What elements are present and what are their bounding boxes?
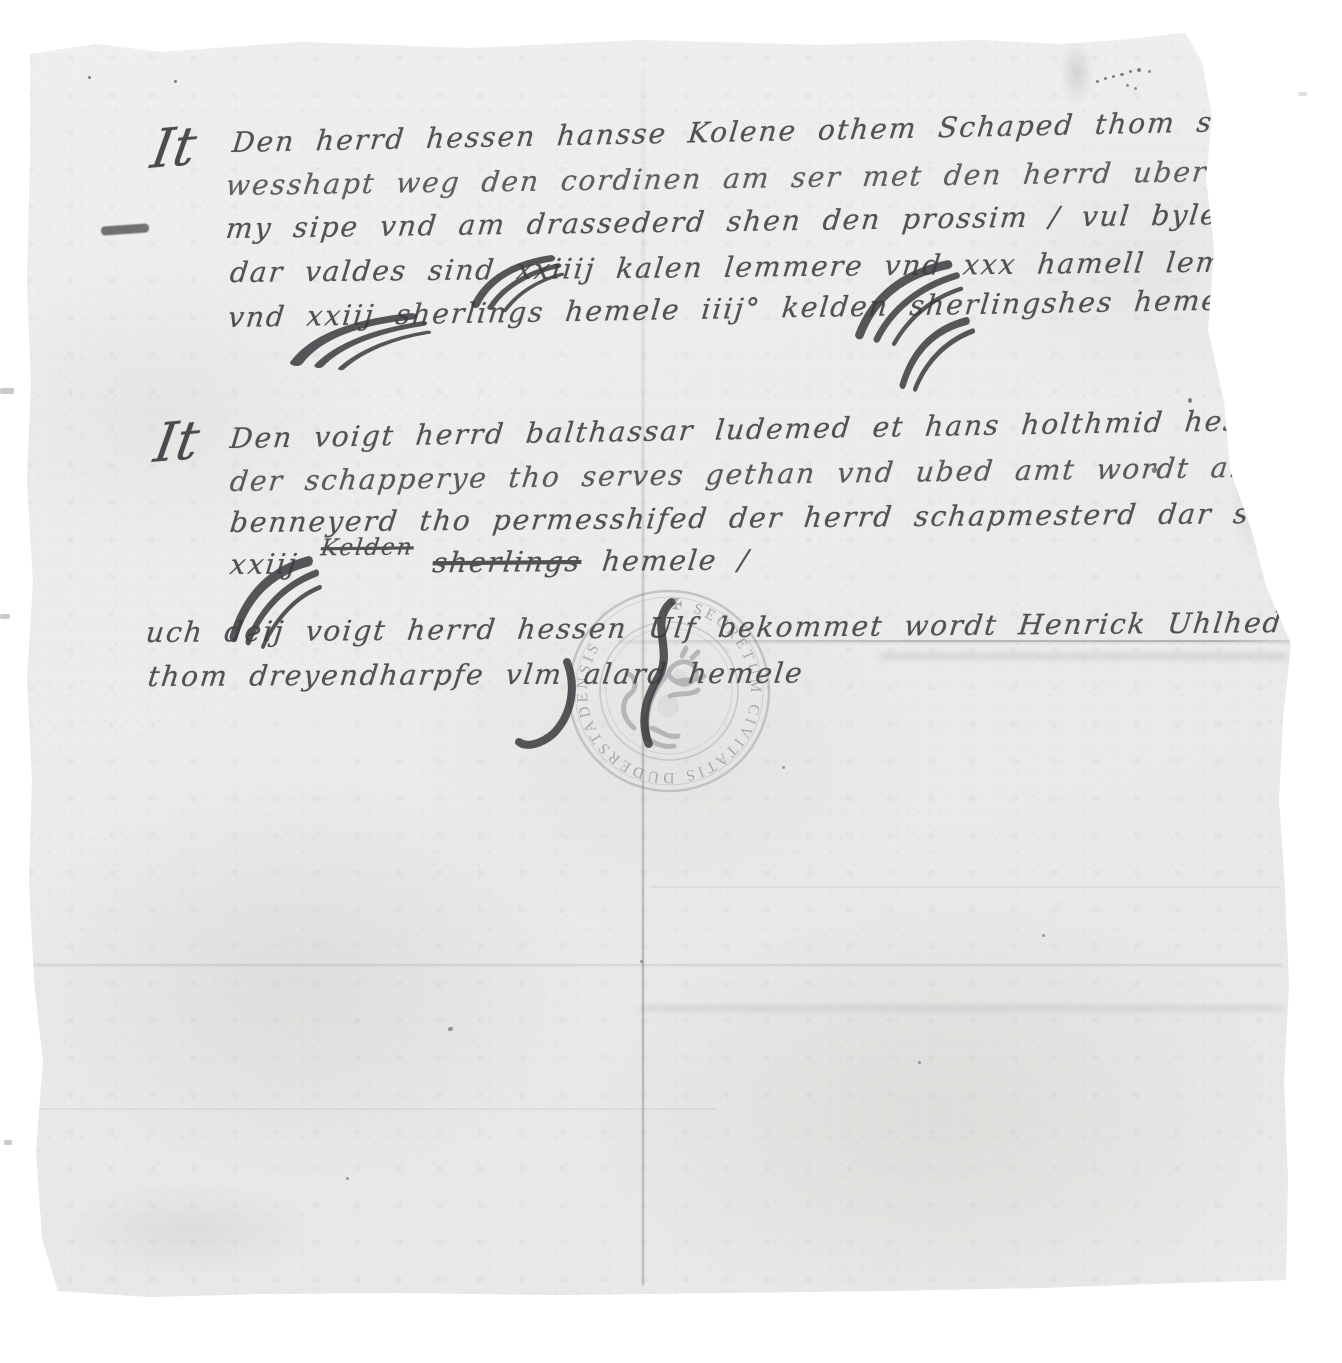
paragraph-marker: It — [147, 114, 201, 181]
handwriting-line-p1-l1: Den herrd hessen hansse Kolene othem Sch… — [231, 105, 1249, 159]
paper-sheet: ✠ SECRETUM CIVITATIS DUDERSTADENSIS — [0, 0, 1342, 1363]
ink-speck — [346, 1177, 349, 1180]
numeral-text: xxiij — [228, 547, 300, 581]
fold-band-middle — [640, 1005, 1282, 1012]
ink-speck — [1126, 84, 1129, 87]
line-end-text: hemele / — [600, 543, 751, 577]
handwriting-line-p1-l5: vnd xxiij sherlings hemele iiij° kelden … — [227, 283, 1252, 334]
ink-speck — [1137, 68, 1141, 72]
handwriting-line-p3-l2: thom dreyendharpfe vlm alard hemele — [146, 657, 806, 693]
ink-speck — [447, 1026, 453, 1031]
ink-speck — [1104, 77, 1107, 80]
handwriting-line-p1-l4: dar valdes sind xxiiij kalen lemmere vnd… — [228, 245, 1307, 289]
fold-line-horizontal-lower — [36, 1108, 716, 1110]
ink-speck — [1112, 75, 1115, 78]
ink-speck — [1134, 87, 1137, 90]
handwriting-line-p2-l3: benneyerd tho permesshifed der herrd sch… — [228, 496, 1342, 539]
ink-speck — [918, 1061, 921, 1064]
handwriting-line-p1-l3: my sipe vnd am drassederd shen den pross… — [224, 197, 1330, 245]
paper-surface: ✠ SECRETUM CIVITATIS DUDERSTADENSIS — [0, 0, 1342, 1363]
ink-speck — [640, 960, 643, 963]
handwriting-line-p1-l2: wesshapt weg den cordinen am ser met den… — [224, 154, 1295, 202]
ink-speck — [174, 80, 177, 83]
handwriting-line-p2-l1: Den voigt herrd balthassar ludemed et ha… — [229, 402, 1342, 455]
fold-line-horizontal-middle — [34, 964, 1282, 966]
numeral-flourish — [898, 315, 976, 395]
ink-speck — [1042, 934, 1045, 937]
inserted-word-struck: Kelden — [319, 534, 415, 561]
paragraph-marker: It — [150, 408, 204, 475]
ink-speck — [1120, 73, 1124, 76]
ink-speck — [1129, 70, 1132, 73]
handwriting-line-p2-l2: der schapperye tho serves gethan vnd ube… — [228, 450, 1334, 498]
handwriting-line-p2-l4: xxiij Kelden sherlings hemele / — [228, 543, 752, 581]
ink-speck — [88, 76, 91, 79]
document-scan: ✠ SECRETUM CIVITATIS DUDERSTADENSIS — [0, 0, 1342, 1363]
ink-speck — [1096, 80, 1099, 83]
struck-word: sherlings — [431, 545, 583, 579]
fold-line-horizontal-faint — [650, 886, 1280, 888]
ink-speck — [1148, 70, 1151, 73]
stain-blob — [1060, 40, 1094, 106]
ink-speck — [782, 766, 785, 769]
ink-speck — [1188, 398, 1192, 403]
stain-blob — [60, 1180, 320, 1280]
margin-ink-dash — [101, 223, 150, 235]
fold-band-upper — [880, 652, 1288, 661]
